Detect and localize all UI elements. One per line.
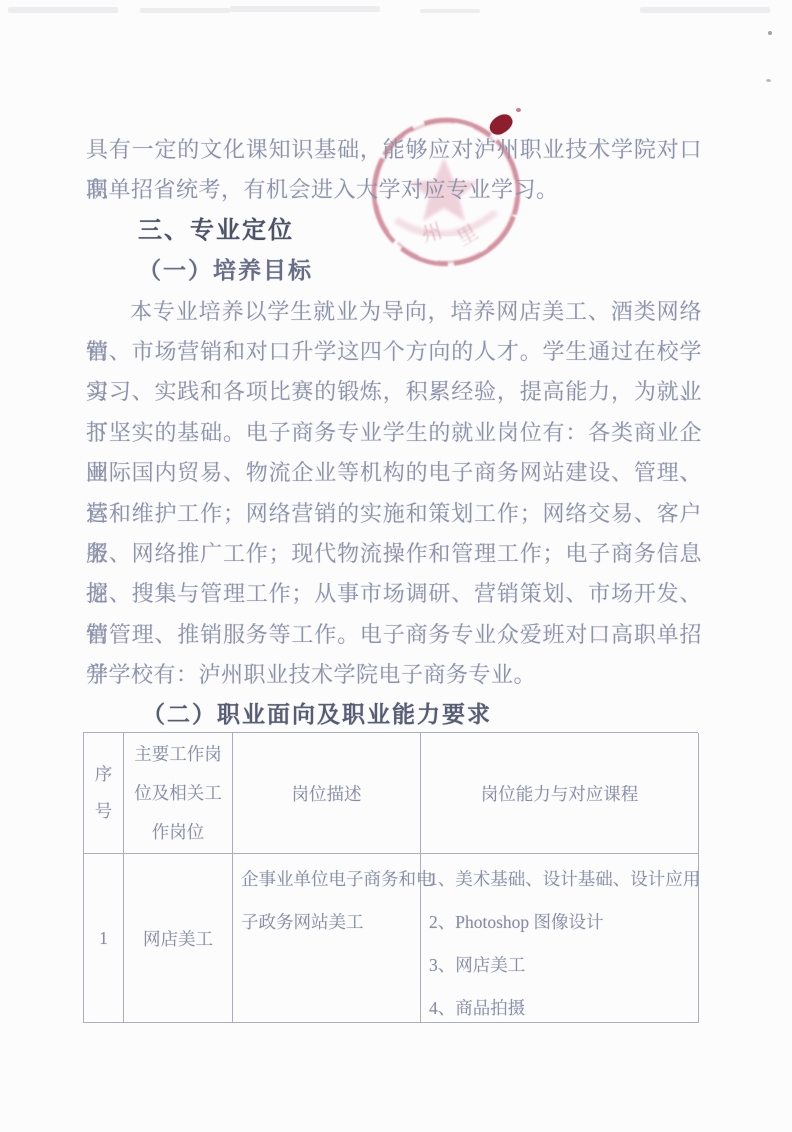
scan-streak <box>640 7 770 13</box>
header-text: 岗位能力与对应课程 <box>481 781 639 806</box>
paragraph-line: 学学校有：泸州职业技术学院电子商务专业。 <box>86 655 702 695</box>
table-header-main-posts: 主要工作岗 位及相关工 作岗位 <box>124 733 233 854</box>
paragraph-line: 掘、搜集与管理工作；从事市场调研、营销策划、市场开发、营 <box>86 574 702 614</box>
paragraph-line: 国际国内贸易、物流企业等机构的电子商务网站建设、管理、运 <box>86 453 702 493</box>
scan-streak <box>140 8 230 13</box>
header-text: 序 <box>95 756 113 793</box>
positions-table: 序 号 主要工作岗 位及相关工 作岗位 岗位描述 岗位能力与对应课程 1 网店美… <box>83 732 698 1023</box>
dust-speck <box>768 31 772 35</box>
description-line: 企事业单位电子商务和电 <box>241 858 434 901</box>
paragraph-line: 销管理、推销服务等工作。电子商务专业众爱班对口高职单招升 <box>86 615 702 655</box>
header-text: 主要工作岗 <box>134 735 222 774</box>
scan-streak <box>420 9 480 13</box>
table-cell-post: 网店美工 <box>124 854 233 1023</box>
table-header-post-description: 岗位描述 <box>233 733 421 854</box>
table-header-abilities-courses: 岗位能力与对应课程 <box>421 733 699 854</box>
header-text: 位及相关工 <box>134 774 222 813</box>
scan-streak <box>230 6 380 12</box>
course-line: 2、Photoshop 图像设计 <box>429 901 604 944</box>
paragraph-line: 销、市场营销和对口升学这四个方向的人才。学生通过在校学习、 <box>86 332 702 372</box>
course-line: 1、美术基础、设计基础、设计应用 <box>429 858 700 901</box>
table-cell-serial: 1 <box>84 854 124 1023</box>
header-text: 岗位描述 <box>292 781 362 806</box>
paragraph-line: 下坚实的基础。电子商务专业学生的就业岗位有：各类商业企业、 <box>86 413 702 453</box>
scan-streak <box>8 7 118 13</box>
serial-number: 1 <box>99 928 108 949</box>
ink-blot-speck <box>516 108 521 112</box>
header-text: 号 <box>95 793 113 830</box>
paragraph-line: 职单招省统考，有机会进入大学对应专业学习。 <box>86 170 702 210</box>
paragraph-line: 实习、实践和各项比赛的锻炼，积累经验，提高能力，为就业打 <box>86 372 702 412</box>
subsection-heading: （二）职业面向及职业能力要求 <box>86 695 702 735</box>
scanned-document-page: 州 里 具有一定的文化课知识基础，能够应对泸州职业技术学院对口高 职单招省统考，… <box>0 0 792 1132</box>
table-header-serial: 序 号 <box>84 733 124 854</box>
table-cell-description: 企事业单位电子商务和电 子政务网站美工 <box>233 854 421 1023</box>
paragraph-line: 具有一定的文化课知识基础，能够应对泸州职业技术学院对口高 <box>86 130 702 170</box>
subsection-heading: （一）培养目标 <box>86 251 702 291</box>
paragraph-line: 本专业培养以学生就业为导向，培养网店美工、酒类网络营 <box>86 292 702 332</box>
table-cell-courses: 1、美术基础、设计基础、设计应用 2、Photoshop 图像设计 3、网店美工… <box>421 854 699 1023</box>
course-line: 4、商品拍摄 <box>429 987 525 1030</box>
paragraph-line: 务、网络推广工作；现代物流操作和管理工作；电子商务信息挖 <box>86 534 702 574</box>
description-line: 子政务网站美工 <box>241 901 364 944</box>
course-line: 3、网店美工 <box>429 944 525 987</box>
section-heading: 三、专业定位 <box>86 211 702 251</box>
paragraph-line: 营和维护工作；网络营销的实施和策划工作；网络交易、客户服 <box>86 494 702 534</box>
header-text: 作岗位 <box>152 813 205 852</box>
dust-speck <box>766 79 771 82</box>
post-name: 网店美工 <box>143 926 213 951</box>
document-body: 具有一定的文化课知识基础，能够应对泸州职业技术学院对口高 职单招省统考，有机会进… <box>86 130 702 736</box>
